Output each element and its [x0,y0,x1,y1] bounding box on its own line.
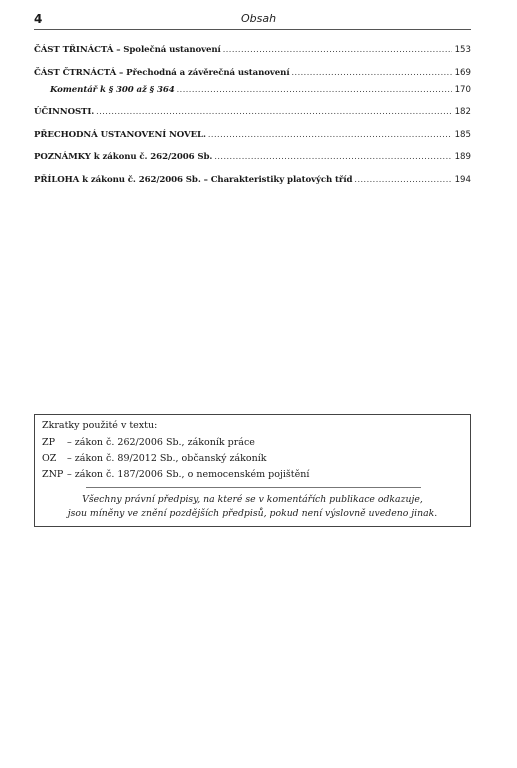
toc-entry[interactable]: ÚČINNOSTI. 182 [34,106,471,118]
toc-entry-title: ČÁST TŘINÁCTÁ – Společná ustanovení [34,44,221,56]
toc-entry-page: 185 [455,129,471,141]
abbreviation-item: ZP– zákon č. 262/2006 Sb., zákoník práce [42,437,255,448]
toc-leader-dots [177,84,452,96]
legal-note: Všechny právní předpisy, na které se v k… [35,493,470,521]
abbreviation-code: ZNP [42,469,67,480]
legal-note-line: jsou míněny ve znění pozdějších předpisů… [35,507,470,521]
abbreviation-text: – zákon č. 187/2006 Sb., o nemocenském p… [67,469,309,480]
toc-leader-dots [223,44,452,56]
toc-leader-dots [354,174,451,186]
toc-entry-title: PŘECHODNÁ USTANOVENÍ NOVEL. [34,129,206,141]
toc-entry[interactable]: PŘÍLOHA k zákonu č. 262/2006 Sb. – Chara… [34,174,471,186]
toc-entry[interactable]: ČÁST TŘINÁCTÁ – Společná ustanovení 153 [34,44,471,56]
toc-entry-page: 169 [455,67,471,79]
toc-subentry[interactable]: Komentář k § 300 až § 364 170 [50,84,471,96]
abbreviations-heading: Zkratky použité v textu: [42,420,157,431]
toc-entry-title: PŘÍLOHA k zákonu č. 262/2006 Sb. – Chara… [34,174,352,186]
abbreviation-text: – zákon č. 89/2012 Sb., občanský zákoník [67,453,267,464]
running-head: Obsah [0,12,517,25]
abbreviations-box: Zkratky použité v textu: ZP– zákon č. 26… [34,414,471,527]
box-divider [86,487,421,488]
legal-note-line: Všechny právní předpisy, na které se v k… [35,493,470,507]
abbreviation-text: – zákon č. 262/2006 Sb., zákoník práce [67,437,255,448]
toc-entry-page: 170 [455,84,471,96]
toc-entry-title: POZNÁMKY k zákonu č. 262/2006 Sb. [34,151,212,163]
toc-entry[interactable]: ČÁST ČTRNÁCTÁ – Přechodná a závěrečná us… [34,67,471,79]
toc-entry-title: ČÁST ČTRNÁCTÁ – Přechodná a závěrečná us… [34,67,289,79]
toc-entry[interactable]: PŘECHODNÁ USTANOVENÍ NOVEL. 185 [34,129,471,141]
toc-leader-dots [214,151,451,163]
abbreviation-code: OZ [42,453,67,464]
toc-entry-page: 182 [455,106,471,118]
toc-entry-page: 189 [455,151,471,163]
toc-entry-page: 153 [455,44,471,56]
toc-leader-dots [291,67,451,79]
toc-leader-dots [96,106,451,118]
abbreviation-code: ZP [42,437,67,448]
toc-entry-title: Komentář k § 300 až § 364 [50,84,175,96]
toc-leader-dots [208,129,452,141]
toc-entry[interactable]: POZNÁMKY k zákonu č. 262/2006 Sb. 189 [34,151,471,163]
toc-entry-page: 194 [455,174,471,186]
toc-entry-title: ÚČINNOSTI. [34,106,94,118]
abbreviation-item: OZ– zákon č. 89/2012 Sb., občanský zákon… [42,453,267,464]
abbreviation-item: ZNP– zákon č. 187/2006 Sb., o nemocenské… [42,469,309,480]
header-rule [34,29,471,30]
